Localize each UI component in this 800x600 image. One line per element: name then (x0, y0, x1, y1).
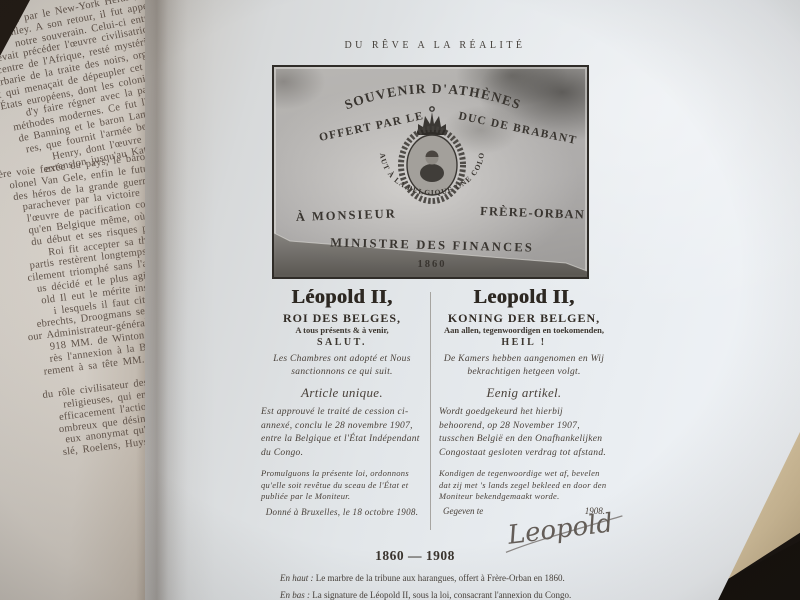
caption-bottom: En bas : La signature de Léopold II, sou… (280, 589, 720, 600)
law-fr-king: Léopold II, (261, 286, 423, 309)
law-dutch-column: Leopold II, KONING DER BELGEN, Aan allen… (439, 286, 609, 516)
law-fr-given: Donné à Bruxelles, le 18 octobre 1908. (261, 506, 423, 518)
left-page: envoyé par le New-York Herald, futStanle… (0, 0, 160, 600)
caption-bottom-text: La signature de Léopold II, sous la loi,… (312, 590, 571, 600)
law-fr-address: A tous présents & à venir, (261, 325, 423, 336)
law-nl-preamble: De Kamers hebben aangenomen en Wij bekra… (439, 353, 609, 378)
plaque-recipient-right: FRÈRE-ORBAN (480, 204, 585, 222)
law-nl-given-place: Gegeven te (443, 506, 483, 516)
right-page: DU RÊVE A LA RÉALITÉ SOUVENIR D'ATHÈNES … (145, 0, 800, 600)
column-divider (430, 292, 431, 530)
plaque-duke: DUC DE BRABANT (457, 110, 578, 147)
book-photograph: envoyé par le New-York Herald, futStanle… (0, 0, 800, 600)
signature-text: Leopold (505, 508, 614, 551)
caption-top-label: En haut : (280, 573, 314, 583)
law-nl-article-text: Wordt goedgekeurd het hierbij behoorend,… (439, 406, 609, 460)
plaque-photograph: SOUVENIR D'ATHÈNES OFFERT PAR LE DUC DE … (272, 65, 589, 279)
law-fr-preamble: Les Chambres ont adopté et Nous sanction… (261, 353, 423, 378)
left-page-text-lower: nière voie ferrée du pays, le baronolone… (0, 151, 160, 488)
crown-orb-icon (430, 107, 434, 111)
law-french-column: Léopold II, ROI DES BELGES, A tous prése… (261, 286, 423, 518)
caption-bottom-label: En bas : (280, 590, 310, 600)
law-fr-promulgation: Promulguons la présente loi, ordonnons q… (261, 468, 423, 503)
plaque-engraving: SOUVENIR D'ATHÈNES OFFERT PAR LE DUC DE … (274, 67, 587, 277)
plaque-year: 1860 (418, 259, 447, 270)
portrait-uniform (420, 164, 444, 182)
law-fr-salute: SALUT. (261, 336, 423, 349)
law-nl-king: Leopold II, (439, 286, 609, 309)
plaque-recipient-left: À MONSIEUR (296, 206, 397, 224)
law-fr-title: ROI DES BELGES, (261, 311, 423, 325)
law-fr-article-text: Est approuvé le traité de cession ci-ann… (261, 406, 423, 460)
caption-top: En haut : Le marbre de la tribune aux ha… (280, 572, 720, 584)
running-head: DU RÊVE A LA RÉALITÉ (145, 40, 725, 51)
law-nl-promulgation: Kondigen de tegenwoordige wet af, bevele… (439, 468, 609, 503)
date-range: 1860 — 1908 (285, 548, 545, 564)
law-fr-article-heading: Article unique. (261, 385, 423, 401)
law-nl-title: KONING DER BELGEN, (439, 311, 609, 325)
law-nl-article-heading: Eenig artikel. (439, 385, 609, 401)
law-nl-address: Aan allen, tegenwoordigen en toekomenden… (439, 325, 609, 336)
caption-top-text: Le marbre de la tribune aux harangues, o… (316, 573, 565, 583)
law-nl-salute: HEIL ! (439, 336, 609, 349)
